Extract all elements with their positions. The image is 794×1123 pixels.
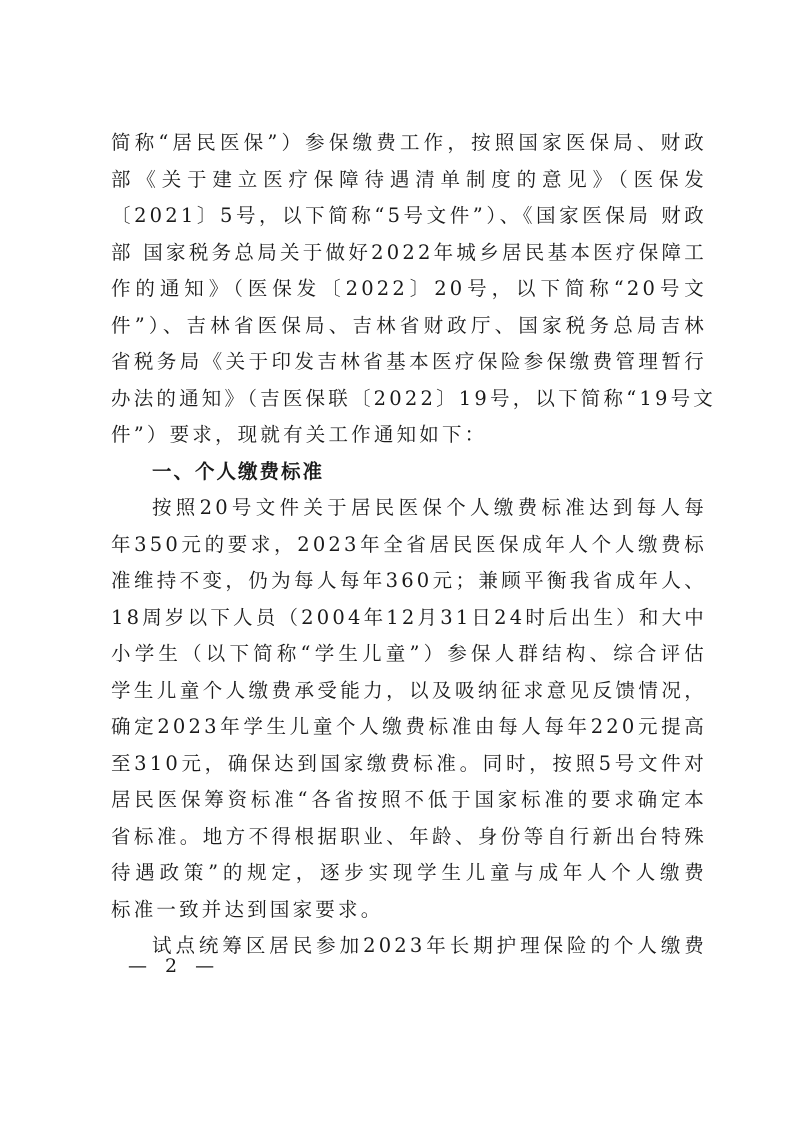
body-text-line: 〔2021〕5号，以下简称“5号文件”）、《国家医保局 财政 bbox=[111, 198, 707, 234]
body-text-line: 按照20号文件关于居民医保个人缴费标准达到每人每 bbox=[152, 490, 707, 526]
body-text-line: 至310元，确保达到国家缴费标准。同时，按照5号文件对 bbox=[111, 746, 707, 782]
body-text-line: 小学生（以下简称“学生儿童”）参保人群结构、综合评估 bbox=[111, 636, 707, 672]
body-text-line: 部 国家税务总局关于做好2022年城乡居民基本医疗保障工 bbox=[111, 235, 707, 271]
body-text-line: 准维持不变，仍为每人每年360元；兼顾平衡我省成年人、 bbox=[111, 563, 707, 599]
body-text-line: 办法的通知》（吉医保联〔2022〕19号，以下简称“19号文 bbox=[111, 381, 707, 417]
body-text-line: 标准一致并达到国家要求。 bbox=[111, 892, 707, 928]
body-text-line: 年350元的要求，2023年全省居民医保成年人个人缴费标 bbox=[111, 527, 707, 563]
body-text-line: 学生儿童个人缴费承受能力，以及吸纳征求意见反馈情况， bbox=[111, 673, 707, 709]
document-page: 简称“居民医保”）参保缴费工作，按照国家医保局、财政 部《关于建立医疗保障待遇清… bbox=[0, 0, 794, 1123]
body-text-line: 省税务局《关于印发吉林省基本医疗保险参保缴费管理暂行 bbox=[111, 344, 707, 380]
body-text-line: 作的通知》（医保发〔2022〕20号，以下简称“20号文 bbox=[111, 271, 707, 307]
body-text-line: 居民医保筹资标准“各省按照不低于国家标准的要求确定本 bbox=[111, 782, 707, 818]
section-heading: 一、个人缴费标准 bbox=[152, 454, 707, 490]
body-text-line: 省标准。地方不得根据职业、年龄、身份等自行新出台特殊 bbox=[111, 819, 707, 855]
body-text-line: 件”）要求，现就有关工作通知如下： bbox=[111, 417, 707, 453]
body-text-line: 简称“居民医保”）参保缴费工作，按照国家医保局、财政 bbox=[111, 125, 707, 161]
body-text-line: 试点统筹区居民参加2023年长期护理保险的个人缴费 bbox=[152, 928, 707, 964]
body-text-line: 部《关于建立医疗保障待遇清单制度的意见》（医保发 bbox=[111, 162, 707, 198]
body-text-line: 确定2023年学生儿童个人缴费标准由每人每年220元提高 bbox=[111, 709, 707, 745]
page-number: — 2 — bbox=[128, 952, 220, 980]
body-text-line: 待遇政策”的规定，逐步实现学生儿童与成年人个人缴费 bbox=[111, 855, 707, 891]
body-text-line: 18周岁以下人员（2004年12月31日24时后出生）和大中 bbox=[111, 600, 707, 636]
body-text-line: 件”）、吉林省医保局、吉林省财政厅、国家税务总局吉林 bbox=[111, 308, 707, 344]
